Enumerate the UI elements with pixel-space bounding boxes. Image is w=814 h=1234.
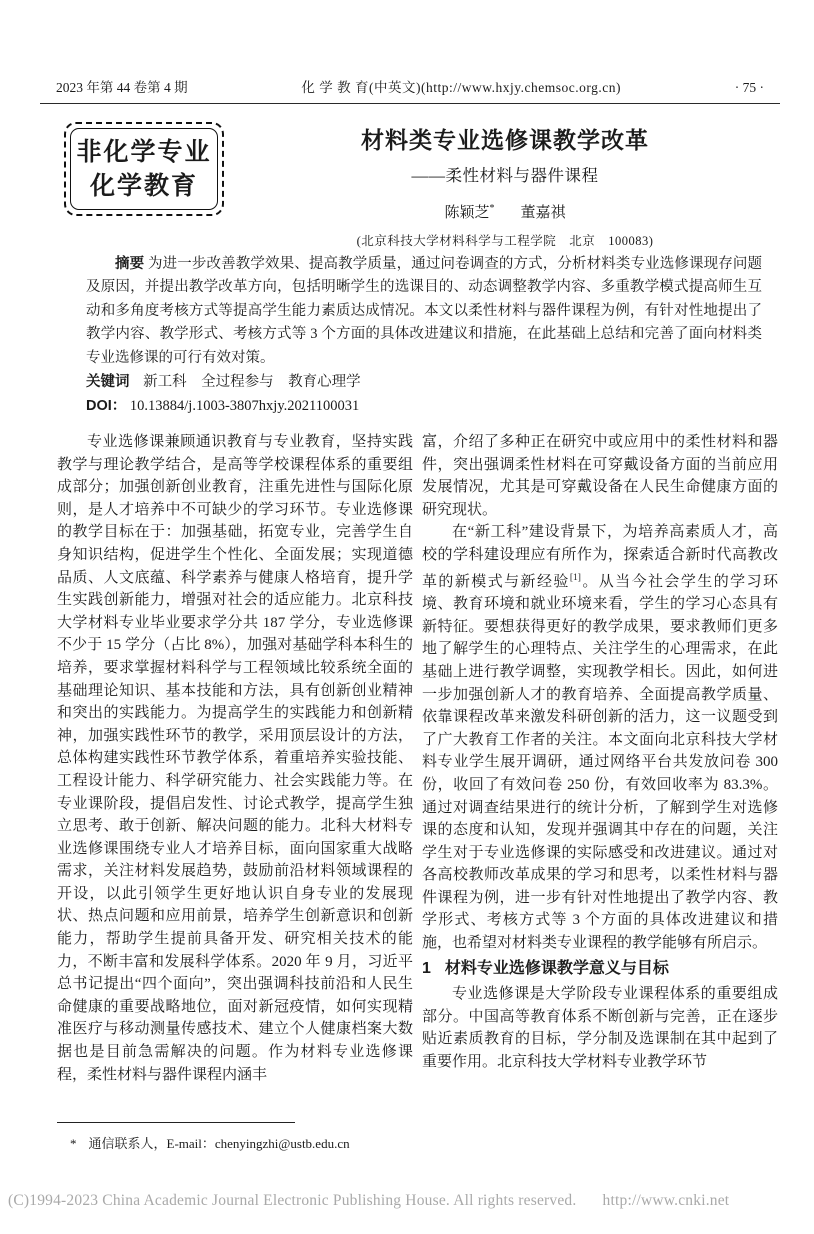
body-paragraph-1-continued: 富，介绍了多种正在研究中或应用中的柔性材料和器件，突出强调柔性材料在可穿戴设备方…	[422, 431, 778, 521]
reference-marker-1: [1]	[570, 573, 581, 583]
author-line: 陈颖芝*董嘉祺	[250, 201, 760, 222]
copyright-notice: (C)1994-2023 China Academic Journal Elec…	[8, 1192, 576, 1209]
badge-line-2: 化学教育	[90, 169, 198, 203]
left-column: 专业选修课兼顾通识教育与专业教育，坚持实践教学与理论教学结合，是高等学校课程体系…	[57, 431, 413, 1086]
journal-page: 2023 年第 44 卷第 4 期 化 学 教 育(中英文)(http://ww…	[0, 0, 814, 1234]
article-subtitle: ——柔性材料与器件课程	[250, 162, 760, 186]
section-1-heading: 1材料专业选修课教学意义与目标	[422, 958, 778, 981]
body-paragraph-2: 在“新工科”建设背景下，为培养高素质人才，高校的学科建设理应有所作为，探索适合新…	[422, 521, 778, 954]
body-paragraph-3: 专业选修课是大学阶段专业课程体系的重要组成部分。中国高等教育体系不断创新与完善，…	[422, 983, 778, 1073]
keywords-line: 关键词 新工科 全过程参与 教育心理学	[86, 371, 762, 394]
abstract-text: 为进一步改善教学效果、提高教学质量，通过问卷调查的方式，分析材料类专业选修课现存…	[86, 256, 762, 366]
paragraph-2-text-b: 。从当今社会学生的学习环境、教育环境和就业环境来看，学生的学习心态具有新特征。要…	[422, 574, 778, 952]
abstract-paragraph: 摘要 为进一步改善教学效果、提高教学质量，通过问卷调查的方式，分析材料类专业选修…	[86, 253, 762, 370]
footnote-marker: *	[70, 1136, 77, 1151]
page-number: · 75 ·	[735, 80, 764, 96]
section-1-title: 材料专业选修课教学意义与目标	[445, 960, 669, 977]
running-head: 2023 年第 44 卷第 4 期 化 学 教 育(中英文)(http://ww…	[40, 76, 780, 104]
keywords-label: 关键词	[86, 374, 130, 390]
corresponding-author-marker: *	[490, 203, 495, 214]
right-column: 富，介绍了多种正在研究中或应用中的柔性材料和器件，突出强调柔性材料在可穿戴设备方…	[422, 431, 778, 1074]
footnote-divider	[57, 1122, 295, 1123]
abstract-block: 摘要 为进一步改善教学效果、提高教学质量，通过问卷调查的方式，分析材料类专业选修…	[86, 253, 762, 419]
title-block: 材料类专业选修课教学改革 ——柔性材料与器件课程 陈颖芝*董嘉祺 (北京科技大学…	[250, 122, 760, 249]
abstract-label: 摘要	[115, 256, 144, 272]
footnote-text: 通信联系人，E-mail：chenyingzhi@ustb.edu.cn	[89, 1136, 350, 1151]
section-1-number: 1	[422, 960, 431, 977]
doi-label: DOI：	[86, 398, 126, 414]
body-paragraph-1: 专业选修课兼顾通识教育与专业教育，坚持实践教学与理论教学结合，是高等学校课程体系…	[57, 431, 413, 1086]
article-title: 材料类专业选修课教学改革	[250, 122, 760, 155]
issue-info: 2023 年第 44 卷第 4 期	[56, 76, 188, 96]
affiliation: (北京科技大学材料科学与工程学院 北京 100083)	[250, 231, 760, 249]
footnote: *通信联系人，E-mail：chenyingzhi@ustb.edu.cn	[70, 1133, 350, 1152]
journal-title: 化 学 教 育(中英文)(http://www.hxjy.chemsoc.org…	[301, 76, 621, 96]
doi-value: 10.13884/j.1003-3807hxjy.2021100031	[130, 398, 359, 414]
cnki-url: http://www.cnki.net	[603, 1192, 730, 1209]
column-badge: 非化学专业 化学教育	[70, 128, 218, 210]
publisher-footer: (C)1994-2023 China Academic Journal Elec…	[8, 1192, 806, 1210]
author-2: 董嘉祺	[521, 205, 566, 221]
keywords-value: 新工科 全过程参与 教育心理学	[143, 374, 361, 390]
doi-line: DOI： 10.13884/j.1003-3807hxjy.2021100031	[86, 395, 762, 418]
badge-line-1: 非化学专业	[76, 135, 211, 169]
author-1: 陈颖芝	[444, 205, 489, 221]
